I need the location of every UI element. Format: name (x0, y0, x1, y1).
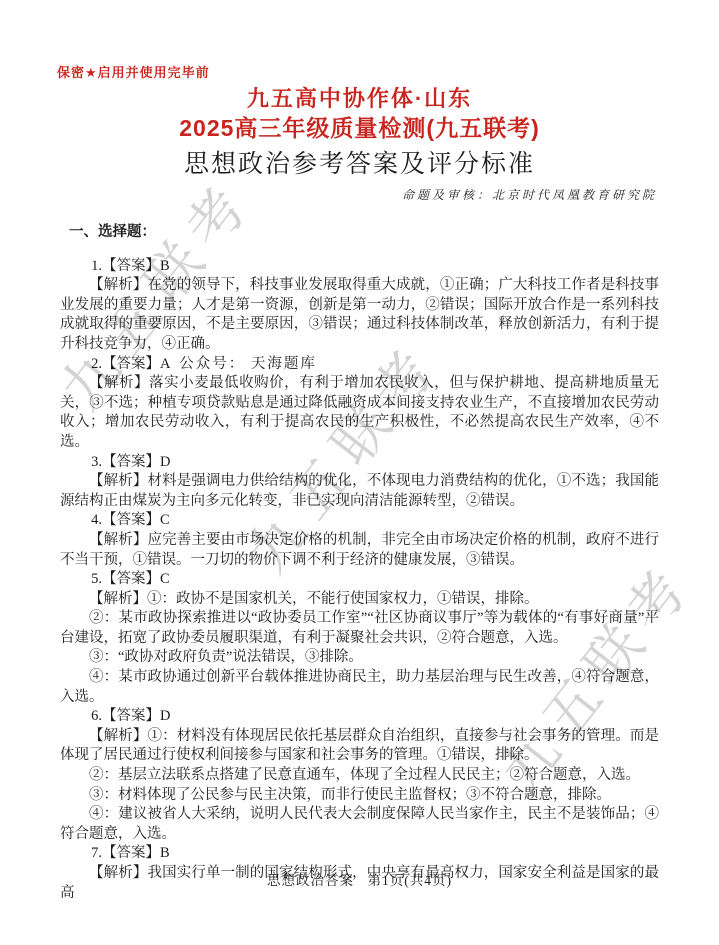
answer-item-1: 1.【答案】B 【解析】在党的领导下，科技事业发展取得重大成就，①正确；广大科技… (60, 257, 659, 355)
answer-line: 1.【答案】B (60, 257, 659, 277)
item-number: 2. (91, 356, 102, 372)
analysis-paragraph: ④：某市政协通过创新平台载体推进协商民主，助力基层治理与民生改善，④符合题意，入… (60, 668, 659, 707)
item-number: 4. (91, 512, 102, 528)
answer-item-3: 3.【答案】D 【解析】材料是强调电力供给结构的优化，不体现电力消费结构的优化，… (60, 453, 659, 512)
analysis-paragraph: ②：基层立法联系点搭建了民意直通车，体现了全过程人民民主；②符合题意，入选。 (60, 766, 659, 786)
analysis-paragraph: 【解析】落实小麦最低收购价，有利于增加农民收入，但与保护耕地、提高耕地质量无关，… (60, 374, 659, 452)
document-header: 九五高中协作体·山东 2025高三年级质量检测(九五联考) 思想政治参考答案及评… (0, 0, 719, 203)
answer-item-4: 4.【答案】C 【解析】应完善主要由市场决定价格的机制，非完全由市场决定价格的机… (60, 511, 659, 570)
credit-line: 命题及审核：北京时代凤凰教育研究院 (0, 186, 657, 203)
answer-key-title: 思想政治参考答案及评分标准 (0, 149, 719, 181)
answer-line: 2.【答案】A公众号： 天海题库 (60, 355, 659, 375)
footer-doc-label: 思想政治答案 (267, 873, 354, 888)
answer-note: 公众号： 天海题库 (179, 356, 317, 372)
answer-letter: B (160, 845, 170, 861)
security-notice: 保密★启用并使用完毕前 (57, 62, 210, 81)
title-line1: 九五高中协作体·山东 (0, 86, 719, 112)
item-number: 7. (91, 845, 102, 861)
analysis-paragraph: ②：某市政协探索推进以“政协委员工作室”“社区协商议事厅”等为载体的“有事好商量… (60, 609, 659, 648)
analysis-paragraph: ④：建议被省人大采纳，说明人民代表大会制度保障人民当家作主，民主不是装饰品；④符… (60, 805, 659, 844)
answer-key-page: 九五联考 九五联考 九五联考 保密★启用并使用完毕前 九五高中协作体·山东 20… (0, 0, 719, 945)
analysis-paragraph: ③：“政协对政府负责”说法错误，③排除。 (60, 648, 659, 668)
answer-content: 一、选择题： 1.【答案】B 【解析】在党的领导下，科技事业发展取得重大成就，①… (60, 223, 659, 903)
page-footer: 思想政治答案第1页(共4页) (0, 869, 719, 889)
answer-label: 【答案】 (102, 708, 160, 724)
item-number: 6. (91, 708, 102, 724)
answer-label: 【答案】 (102, 512, 160, 528)
answer-label: 【答案】 (102, 571, 160, 587)
answer-line: 4.【答案】C (60, 511, 659, 531)
answer-label: 【答案】 (102, 258, 160, 274)
footer-page-number: 第1页(共4页) (368, 873, 453, 888)
answer-item-5: 5.【答案】C 【解析】①：政协不是国家机关，不能行使国家权力，①错误，排除。 … (60, 570, 659, 707)
answer-item-2: 2.【答案】A公众号： 天海题库 【解析】落实小麦最低收购价，有利于增加农民收入… (60, 355, 659, 453)
analysis-paragraph: 【解析】在党的领导下，科技事业发展取得重大成就，①正确；广大科技工作者是科技事业… (60, 276, 659, 354)
answer-letter: C (160, 571, 170, 587)
answer-letter: B (160, 258, 170, 274)
answer-label: 【答案】 (102, 454, 160, 470)
answer-item-6: 6.【答案】D 【解析】①：材料没有体现居民依托基层群众自治组织，直接参与社会事… (60, 707, 659, 844)
answer-label: 【答案】 (102, 845, 160, 861)
answer-letter: D (160, 454, 170, 470)
item-number: 5. (91, 571, 102, 587)
answer-label: 【答案】 (102, 356, 160, 372)
answer-letter: D (160, 708, 170, 724)
answer-line: 7.【答案】B (60, 844, 659, 864)
item-number: 3. (91, 454, 102, 470)
item-number: 1. (91, 258, 102, 274)
analysis-paragraph: ③：材料体现了公民参与民主决策，而非行使民主监督权；③不符合题意，排除。 (60, 786, 659, 806)
section-heading: 一、选择题： (60, 223, 659, 243)
analysis-paragraph: 【解析】①：政协不是国家机关，不能行使国家权力，①错误，排除。 (60, 590, 659, 610)
title-line2: 2025高三年级质量检测(九五联考) (0, 114, 719, 142)
answer-letter: A (160, 356, 170, 372)
answer-line: 5.【答案】C (60, 570, 659, 590)
answer-letter: C (160, 512, 170, 528)
analysis-paragraph: 【解析】应完善主要由市场决定价格的机制，非完全由市场决定价格的机制，政府不进行不… (60, 531, 659, 570)
analysis-paragraph: 【解析】材料是强调电力供给结构的优化，不体现电力消费结构的优化，①不选；我国能源… (60, 472, 659, 511)
answer-line: 6.【答案】D (60, 707, 659, 727)
answer-line: 3.【答案】D (60, 453, 659, 473)
analysis-paragraph: 【解析】①：材料没有体现居民依托基层群众自治组织，直接参与社会事务的管理。而是体… (60, 727, 659, 766)
